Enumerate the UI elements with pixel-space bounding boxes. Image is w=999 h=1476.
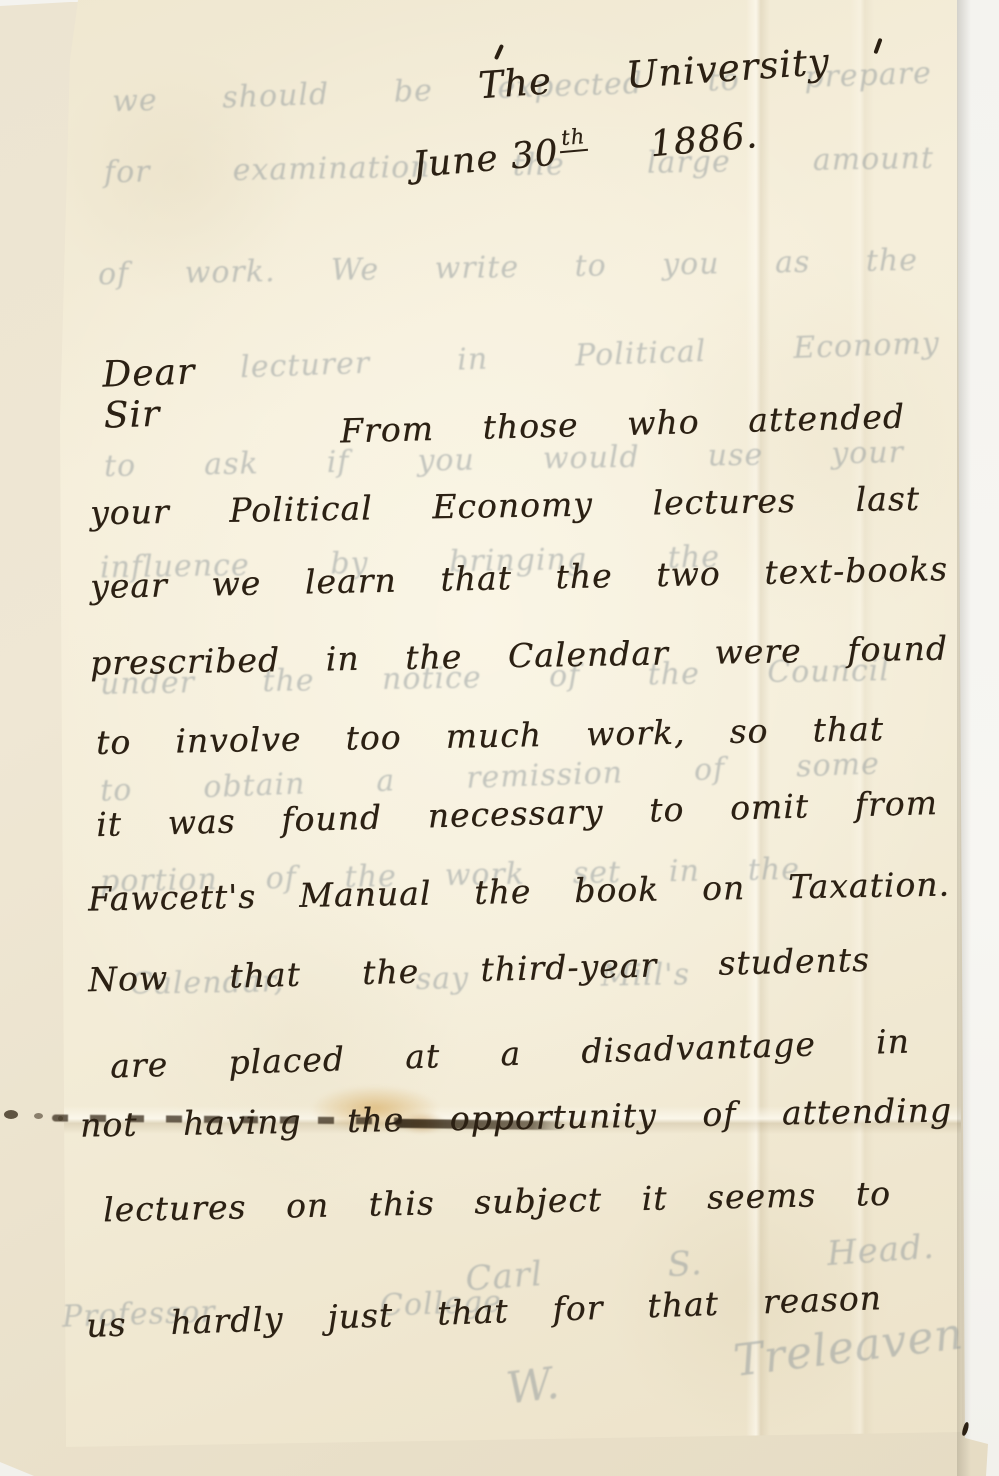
letter-body-line: to involve too much work, so that	[96, 709, 885, 762]
letter-date-line: June 30th1886.	[411, 115, 760, 186]
letter-body-line: are placed at a disadvantage in	[110, 1021, 911, 1085]
handwriting-layer: The University June 30th1886. Dear Sir F…	[0, 0, 999, 1476]
letter-body-line: us hardly just that for that reason	[86, 1278, 883, 1345]
scanned-letter-photo: we should be expected to prepare for exa…	[0, 0, 999, 1476]
date-day: June 30	[411, 132, 560, 186]
date-year: 1886.	[648, 115, 759, 165]
salutation: Dear Sir	[102, 349, 255, 436]
letter-body-line: Fawcett's Manual the book on Taxation.	[88, 864, 951, 918]
letter-body-line: year we learn that the two text-books	[90, 549, 949, 606]
letter-body-line: it was found necessary to omit from	[96, 783, 939, 844]
letter-body-line: prescribed in the Calendar were found	[90, 629, 949, 683]
letter-body-line: From those who attended	[340, 397, 906, 451]
letter-place-line: The University	[477, 40, 831, 107]
letter-body-line: Now that the third-year students	[88, 940, 871, 999]
letter-body-line: not having the opportunity of attending	[80, 1090, 953, 1144]
letter-body-line: lectures on this subject it seems to	[103, 1174, 892, 1229]
letter-body-line: your Political Economy lectures last	[90, 479, 921, 532]
date-gap	[593, 124, 649, 129]
date-ordinal-suffix: th	[558, 124, 588, 153]
stray-ink-flourish	[873, 38, 882, 54]
stray-ink-flourish	[494, 44, 504, 60]
